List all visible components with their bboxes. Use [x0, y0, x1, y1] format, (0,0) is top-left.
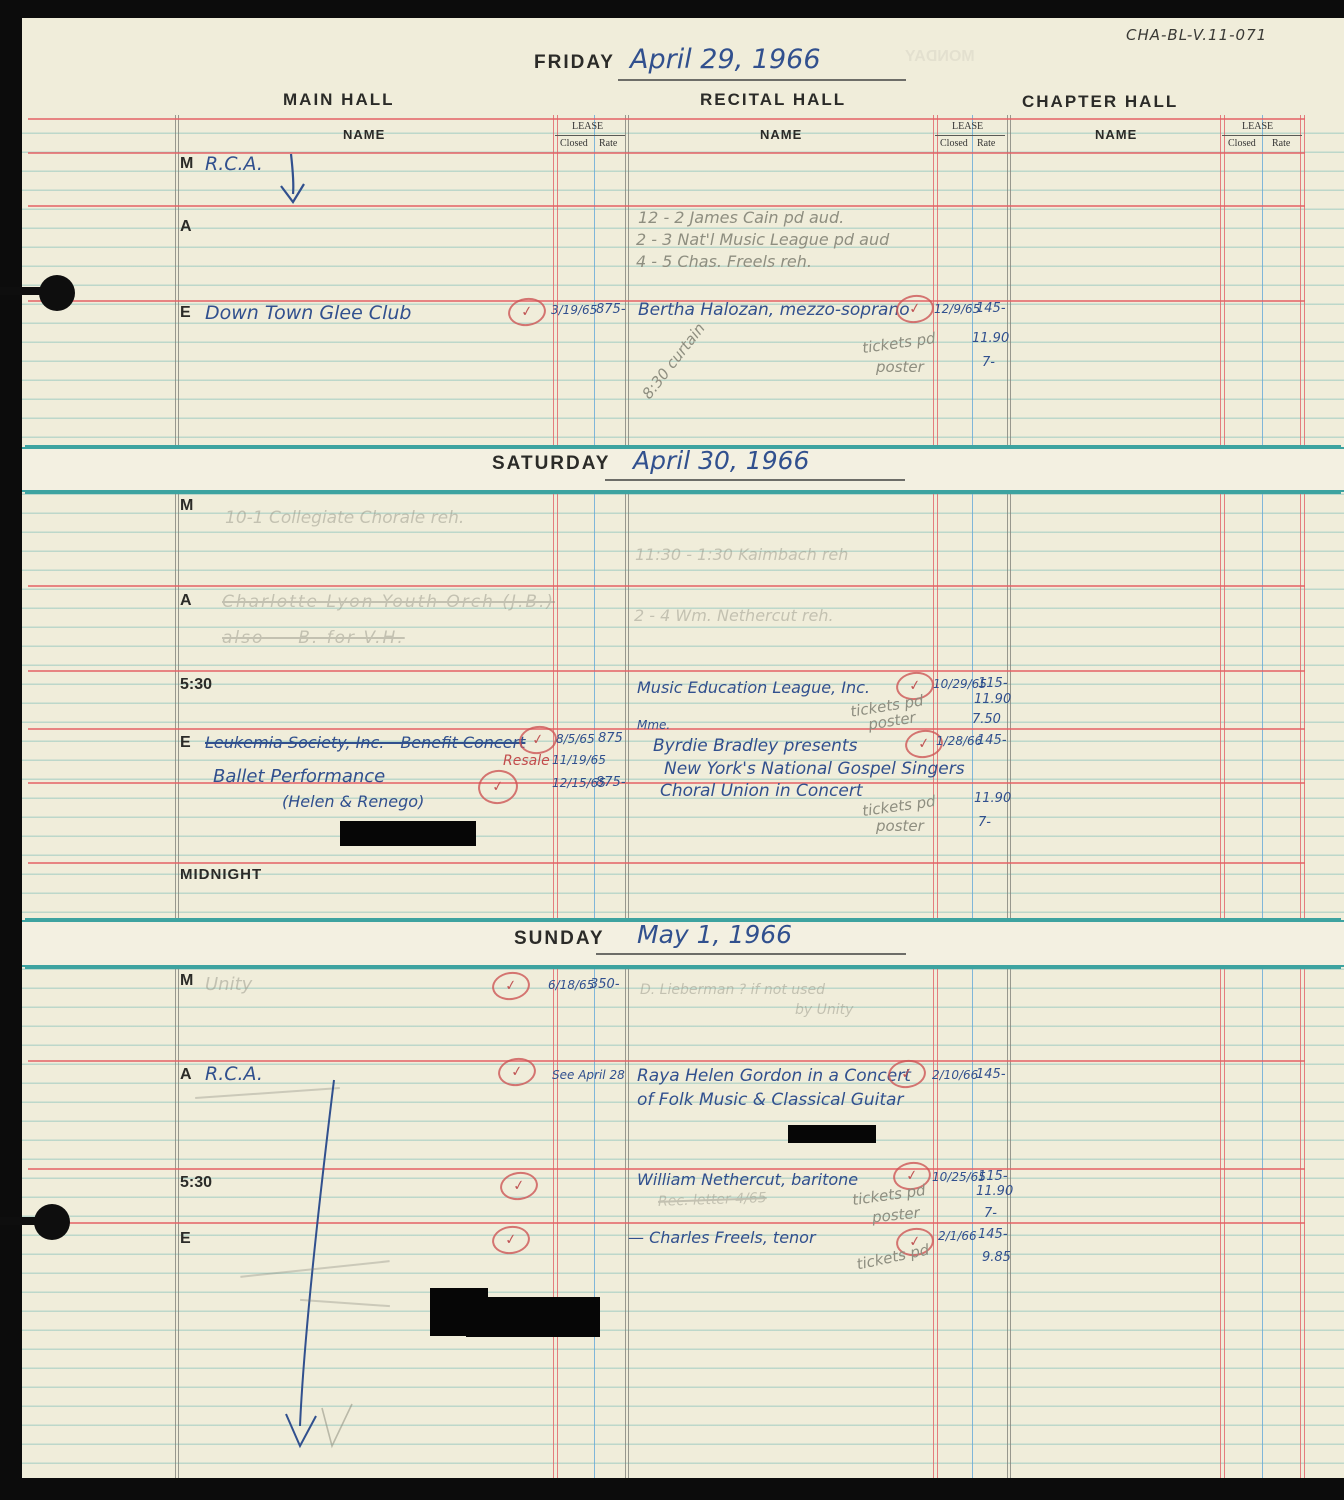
ledger-scan: MONDAY TUESDAY FRIDAY April 29, 1966 CHA…	[0, 0, 1344, 1500]
col-header-rate-chapter: Rate	[1272, 138, 1290, 149]
saturday-tickets-amount: 11.90	[974, 791, 1011, 806]
saturday-recital-e-name-2: New York's National Gospel Singers	[664, 759, 965, 779]
sunday-recital-e-name: — Charles Freels, tenor	[628, 1228, 816, 1247]
saturday-row-e-label: E	[180, 734, 191, 752]
col-header-name-chapter: NAME	[1095, 127, 1137, 142]
col-header-lease-recital: LEASE	[952, 121, 983, 132]
saturday-main-a-note-2: also — B. for V.H.	[222, 628, 405, 648]
col-header-lease-chapter: LEASE	[1242, 121, 1273, 132]
day-label-sunday: SUNDAY	[514, 928, 605, 950]
sunday-row-e-label: E	[180, 1230, 191, 1248]
col-header-closed-main: Closed	[560, 138, 588, 149]
friday-recital-a-note-3: 4 - 5 Chas. Freels reh.	[636, 252, 812, 271]
saturday-recital-e-rate: 145-	[977, 733, 1007, 748]
col-header-rate-recital: Rate	[977, 138, 995, 149]
sunday-date-underline	[596, 953, 906, 955]
col-header-name-recital: NAME	[760, 127, 802, 142]
friday-row-e-label: E	[180, 304, 191, 322]
sunday-e-tickets-amount: 9.85	[982, 1250, 1011, 1265]
saturday-main-e-name-2: Ballet Performance	[213, 766, 385, 787]
saturday-main-e-rate-1: 875	[598, 731, 623, 746]
redaction-box	[788, 1125, 876, 1143]
sunday-recital-a-name-1: Raya Helen Gordon in a Concert	[637, 1066, 911, 1086]
sunday-row-m-label: M	[180, 972, 193, 990]
friday-main-e-name: Down Town Glee Club	[205, 302, 411, 324]
friday-tickets-amount: 11.90	[972, 331, 1009, 346]
sunday-row-a-label: A	[180, 1066, 192, 1084]
saturday-main-a-note-1: Charlotte Lyon Youth Orch (J.B.)	[222, 592, 555, 612]
col-header-rate-main: Rate	[599, 138, 617, 149]
saturday-league-rate: 115-	[978, 676, 1008, 691]
sunday-recital-m-note-2: by Unity	[795, 1002, 853, 1018]
saturday-date: April 30, 1966	[633, 446, 809, 475]
friday-main-e-rate: 875-	[596, 302, 626, 317]
saturday-recital-e-name-1: Byrdie Bradley presents	[653, 736, 857, 756]
saturday-row-530-label: 5:30	[180, 676, 212, 694]
sunday-530-rate: 115-	[978, 1169, 1008, 1184]
sunday-date: May 1, 1966	[637, 920, 792, 949]
ghost-monday: MONDAY	[905, 48, 975, 66]
col-header-closed-chapter: Closed	[1228, 138, 1256, 149]
sunday-recital-e-closed: 2/1/66	[938, 1229, 977, 1243]
saturday-recital-a-note: 2 - 4 Wm. Nethercut reh.	[634, 606, 834, 625]
saturday-row-m-label: M	[180, 497, 193, 515]
scan-border-left	[0, 0, 22, 1500]
sunday-recital-m-note-1: D. Lieberman ? if not used	[640, 982, 825, 998]
sunday-recital-a-rate: 145-	[976, 1067, 1006, 1082]
sunday-recital-a-closed: 2/10/66	[932, 1068, 978, 1082]
friday-poster-label: poster	[876, 358, 924, 376]
redaction-box	[466, 1297, 600, 1337]
saturday-league-name: Music Education League, Inc.	[637, 678, 870, 697]
saturday-recital-e-closed: 1/28/66	[936, 734, 982, 748]
friday-recital-e-rate: 145-	[976, 301, 1006, 316]
friday-row-a-label: A	[180, 218, 192, 236]
friday-main-m-name: R.C.A.	[205, 153, 263, 175]
friday-main-e-closed: 3/19/65	[551, 303, 597, 317]
saturday-row-midnight-label: MIDNIGHT	[180, 866, 262, 883]
saturday-main-e-closed-1: 8/5/65	[556, 732, 595, 746]
col-header-closed-recital: Closed	[940, 138, 968, 149]
friday-date-underline	[618, 79, 906, 81]
hall-title-chapter: CHAPTER HALL	[1022, 92, 1178, 112]
sunday-main-a-name: R.C.A.	[205, 1063, 263, 1085]
day-label-friday: FRIDAY	[534, 52, 615, 74]
sunday-recital-a-name-2: of Folk Music & Classical Guitar	[637, 1090, 903, 1110]
col-header-name-main: NAME	[343, 127, 385, 142]
hall-title-main: MAIN HALL	[283, 90, 394, 110]
hall-title-recital: RECITAL HALL	[700, 90, 846, 110]
saturday-main-e-name-3: (Helen & Renego)	[282, 792, 424, 811]
sunday-main-m-closed: 6/18/65	[548, 978, 594, 992]
hole-punch	[34, 1204, 70, 1240]
sunday-recital-e-rate: 145-	[978, 1227, 1008, 1242]
friday-recital-a-note-2: 2 - 3 Nat'l Music League pd aud	[636, 230, 889, 249]
day-label-saturday: SATURDAY	[492, 453, 610, 475]
saturday-recital-m-note: 11:30 - 1:30 Kaimbach reh	[635, 545, 848, 564]
saturday-row-a-label: A	[180, 592, 192, 610]
friday-recital-e-closed: 12/9/65	[934, 302, 980, 316]
down-arrow-icon	[272, 150, 318, 212]
friday-poster-amount: 7-	[982, 355, 995, 370]
saturday-main-e-name-1: Leukemia Society, Inc. - Benefit Concert	[205, 733, 525, 752]
saturday-date-underline	[605, 479, 905, 481]
friday-row-m-label: M	[180, 155, 193, 173]
saturday-mme-note: Mme.	[637, 718, 670, 732]
col-header-lease-main: LEASE	[572, 121, 603, 132]
sunday-530-name: William Nethercut, baritone	[637, 1170, 858, 1189]
sunday-row-530-label: 5:30	[180, 1174, 212, 1192]
saturday-resale-label: Resale	[503, 753, 550, 769]
redaction-box	[340, 821, 476, 846]
sunday-main-m-rate: 350-	[590, 977, 620, 992]
saturday-recital-e-name-3: Choral Union in Concert	[660, 781, 863, 801]
sunday-530-tickets-amount: 11.90	[976, 1184, 1013, 1199]
saturday-main-m-note: 10-1 Collegiate Chorale reh.	[225, 508, 464, 528]
friday-recital-a-note-1: 12 - 2 James Cain pd aud.	[638, 208, 844, 227]
saturday-poster-label: poster	[876, 817, 924, 835]
hole-punch	[39, 275, 75, 311]
scan-border-bottom	[0, 1478, 1344, 1500]
saturday-league-tickets-amount: 11.90	[974, 692, 1011, 707]
saturday-resale-date: 11/19/65	[552, 753, 606, 767]
friday-date: April 29, 1966	[630, 44, 821, 75]
sunday-main-a-closed: See April 28	[552, 1068, 625, 1082]
saturday-league-poster-amount: 7.50	[972, 712, 1001, 727]
ledger-page: MONDAY TUESDAY FRIDAY April 29, 1966 CHA…	[0, 0, 1344, 1500]
scan-border-top	[0, 0, 1344, 18]
sunday-530-poster-amount: 7-	[984, 1206, 997, 1221]
saturday-poster-amount: 7-	[978, 815, 991, 830]
saturday-main-e-rate-2: 875-	[596, 775, 626, 790]
friday-recital-e-name: Bertha Halozan, mezzo-soprano	[638, 300, 910, 320]
catalog-number: CHA-BL-V.11-071	[1126, 26, 1267, 44]
sunday-main-m-name: Unity	[205, 974, 252, 995]
